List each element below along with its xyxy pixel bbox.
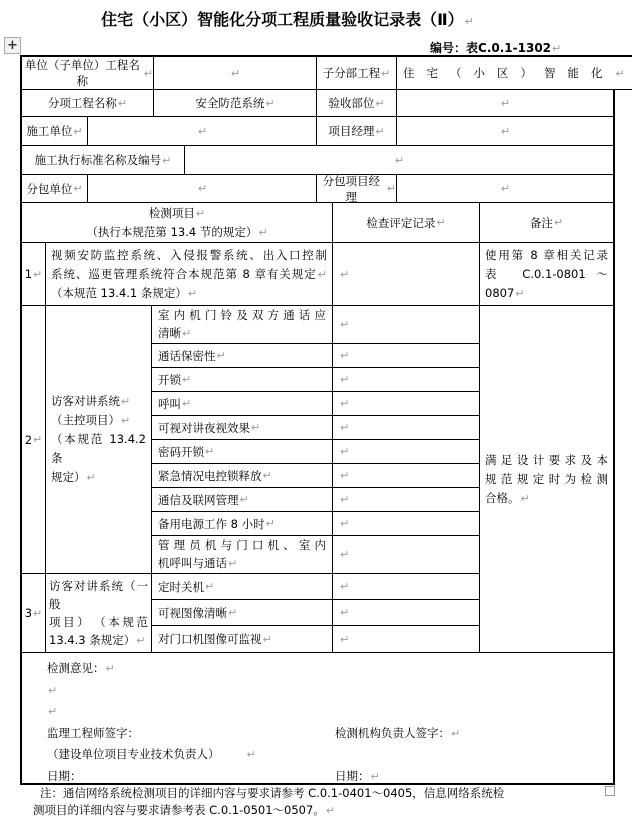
record-cell[interactable]: ↵ (333, 600, 480, 626)
subitem-text: 通信及联网管理 (158, 492, 239, 508)
table-move-handle[interactable]: + (4, 37, 21, 54)
merged-remark-line3: 合格。↵ (485, 489, 608, 508)
pilcrow-mark: ↵ (247, 748, 256, 761)
subitem-text: 清晰↵ (158, 324, 326, 343)
pilcrow-mark: ↵ (387, 182, 396, 195)
subitem-text: 可视对讲夜视效果 (158, 420, 250, 436)
pilcrow-mark: ↵ (465, 15, 474, 28)
cell-project-manager-value[interactable]: ↵ (397, 117, 613, 146)
item1-text-line1: 视频安防监控系统、入侵报警系统、出入口控制 (51, 246, 327, 265)
item3-number: 3 (25, 606, 32, 620)
page-title-text: 住宅（小区）智能化分项工程质量验收记录表（Ⅱ） (101, 10, 464, 29)
header-remark-label: 备注 (530, 215, 553, 231)
branch-project-value: 安全防范系统 (195, 95, 264, 111)
unit-project-label: 单位（子单位）工程名称 (22, 57, 143, 89)
cell-sub-division-value: 住宅（小区）智能化↵ (397, 55, 632, 90)
cell-subcontract-unit-value[interactable]: ↵ (88, 175, 317, 203)
item2-label-line1: 访客对讲系统↵ (51, 392, 146, 411)
cell-inspection-opinion[interactable]: 检测意见：↵ ↵ ↵ 监理工程师签字：检测机构负责人签字：↵ （建设单位项目专业… (22, 653, 613, 783)
cell-subcontract-unit-label: 分包单位↵ (22, 175, 88, 203)
subitem-cell: 管理员机与门口机、室内 机呼叫与通话↵ (152, 536, 333, 574)
pilcrow-mark: ↵ (340, 580, 349, 593)
pilcrow-mark: ↵ (340, 421, 349, 434)
branch-project-label: 分项工程名称 (48, 95, 117, 111)
cell-branch-project-label: 分项工程名称↵ (22, 90, 154, 117)
doc-number-label: 编号： (430, 41, 466, 55)
pilcrow-mark: ↵ (616, 67, 625, 80)
header-items-line1: 检测项目↵ (149, 204, 205, 223)
record-cell[interactable]: ↵ (333, 440, 480, 464)
pilcrow-mark: ↵ (552, 42, 561, 55)
cell-item3-number: 3↵ (22, 574, 46, 653)
subitem-cell: 紧急情况电控锁释放↵ (152, 464, 333, 488)
record-cell[interactable]: ↵ (333, 306, 480, 344)
record-cell[interactable]: ↵ (333, 392, 480, 416)
item3-label-line3: 13.4.3 条规定）↵ (49, 631, 148, 650)
pilcrow-mark: ↵ (340, 606, 349, 619)
cell-acceptance-part-label: 验收部位↵ (317, 90, 397, 117)
item1-number: 1 (25, 267, 32, 281)
empty-line: ↵ (47, 701, 613, 723)
pilcrow-mark: ↵ (33, 268, 42, 281)
pilcrow-mark: ↵ (340, 445, 349, 458)
cell-sub-division-label: 子分部工程↵ (317, 57, 397, 90)
doc-number: 编号：表C.0.1-1302↵ (430, 39, 561, 56)
pilcrow-mark: ↵ (228, 606, 237, 619)
subcontract-unit-label: 分包单位 (26, 181, 72, 197)
pilcrow-mark: ↵ (87, 471, 96, 484)
subitem-cell: 通信及联网管理↵ (152, 488, 333, 512)
subcontract-pm-label: 分包项目经理 (317, 173, 386, 205)
record-cell[interactable]: ↵ (333, 368, 480, 392)
builder-note-line: （建设单位项目专业技术负责人）↵ (47, 744, 613, 766)
subitem-text: 通话保密性 (158, 348, 216, 364)
item1-remark-line3: 0807↵ (485, 284, 608, 303)
footnote: 注：通信网络系统检测项目的详细内容与要求请参考 C.0.1-0401～0405，… (33, 785, 611, 819)
construction-unit-label: 施工单位 (26, 123, 72, 139)
pilcrow-mark: ↵ (340, 548, 349, 561)
subitem-cell: 可视图像清晰↵ (152, 600, 333, 626)
pilcrow-mark: ↵ (515, 287, 524, 300)
record-cell[interactable]: ↵ (333, 574, 480, 600)
pilcrow-mark: ↵ (251, 421, 260, 434)
cell-unit-project-value[interactable]: ↵ (154, 57, 317, 90)
pilcrow-mark: ↵ (106, 662, 115, 675)
cell-subcontract-pm-label: 分包项目经理↵ (317, 175, 397, 203)
cell-construction-unit-value[interactable]: ↵ (88, 117, 317, 146)
pilcrow-mark: ↵ (136, 634, 145, 647)
builder-note: （建设单位项目专业技术负责人） (47, 747, 220, 761)
pilcrow-mark: ↵ (33, 433, 42, 446)
footnote-line1: 注：通信网络系统检测项目的详细内容与要求请参考 C.0.1-0401～0405，… (33, 785, 611, 802)
cell-construction-unit-label: 施工单位↵ (22, 117, 88, 146)
pilcrow-mark: ↵ (263, 469, 272, 482)
pilcrow-mark: ↵ (381, 67, 390, 80)
cell-standard-label: 施工执行标准名称及编号↵ (22, 146, 185, 175)
subitem-cell: 密码开锁↵ (152, 440, 333, 464)
merged-remark-line1: 满足设计要求及本 (485, 451, 608, 470)
merged-remark-line2: 规范规定时为检测 (485, 470, 608, 489)
cell-standard-value[interactable]: ↵ (185, 146, 613, 175)
pilcrow-mark: ↵ (340, 493, 349, 506)
pilcrow-mark: ↵ (340, 318, 349, 331)
record-cell[interactable]: ↵ (333, 536, 480, 574)
cell-item1-text: 视频安防监控系统、入侵报警系统、出入口控制 系统、巡更管理系统符合本规范第 8 … (46, 243, 333, 306)
header-record-label: 检查评定记录 (366, 215, 435, 231)
record-cell[interactable]: ↵ (333, 416, 480, 440)
pilcrow-mark: ↵ (318, 268, 327, 281)
empty-line: ↵ (47, 680, 613, 702)
signature-line: 监理工程师签字：检测机构负责人签字：↵ (47, 723, 613, 745)
pilcrow-mark: ↵ (340, 349, 349, 362)
subitem-text: 对门口机图像可监视 (158, 631, 262, 647)
subitem-cell: 对门口机图像可监视↵ (152, 626, 333, 653)
pilcrow-mark: ↵ (196, 207, 205, 220)
pilcrow-mark: ↵ (198, 182, 207, 195)
subitem-text: 呼叫 (158, 396, 181, 412)
pilcrow-mark: ↵ (501, 125, 510, 138)
pilcrow-mark: ↵ (371, 770, 380, 783)
record-cell[interactable]: ↵ (333, 626, 480, 653)
item1-remark-line2: 表 C.0.1-0801 ～ (485, 265, 608, 284)
move-icon: + (7, 39, 18, 52)
cell-header-remark: 备注↵ (480, 203, 613, 243)
subitem-text: 定时关机 (158, 579, 204, 595)
pilcrow-mark: ↵ (340, 469, 349, 482)
supervisor-sign-label: 监理工程师签字： (47, 723, 335, 745)
pilcrow-mark: ↵ (375, 97, 384, 110)
item2-label-line3: （本规范 13.4.2 条 (51, 430, 146, 468)
opinion-line: 检测意见：↵ (47, 658, 613, 680)
pilcrow-mark: ↵ (265, 97, 274, 110)
pilcrow-mark: ↵ (73, 182, 82, 195)
cell-header-items: 检测项目↵ （执行本规范第 13.4 节的规定）↵ (22, 203, 333, 243)
pilcrow-mark: ↵ (228, 557, 237, 570)
record-cell[interactable]: ↵ (333, 464, 480, 488)
cell-branch-project-value: 安全防范系统↵ (154, 90, 317, 117)
pilcrow-mark: ↵ (258, 226, 267, 239)
item2-label-line4: 规定）↵ (51, 468, 146, 487)
pilcrow-mark: ↵ (118, 97, 127, 110)
item1-remark-line1: 使用第 8 章相关记录 (485, 246, 608, 265)
pilcrow-mark: ↵ (436, 216, 445, 229)
pilcrow-mark: ↵ (451, 727, 460, 740)
item3-label-line1: 访客对讲系统（一般 (49, 577, 148, 613)
item2-number: 2 (25, 433, 32, 447)
subitem-text: 开锁 (158, 372, 181, 388)
cell-item3-label: 访客对讲系统（一般 项目） （本规范 13.4.3 条规定）↵ (46, 574, 152, 653)
item1-text-line2: 系统、巡更管理系统符合本规范第 8 章有关规定↵ (51, 265, 327, 284)
pilcrow-mark: ↵ (501, 97, 510, 110)
pilcrow-mark: ↵ (162, 154, 171, 167)
item2-label-line2: （主控项目）↵ (51, 411, 146, 430)
pilcrow-mark: ↵ (188, 287, 197, 300)
pilcrow-mark: ↵ (144, 67, 153, 80)
pilcrow-mark: ↵ (48, 705, 57, 718)
record-cell[interactable]: ↵ (333, 344, 480, 368)
pilcrow-mark: ↵ (340, 397, 349, 410)
cell-header-record: 检查评定记录↵ (333, 203, 480, 243)
pilcrow-mark: ↵ (554, 216, 563, 229)
document-page: 住宅（小区）智能化分项工程质量验收记录表（Ⅱ）↵ 编号：表C.0.1-1302↵… (0, 0, 632, 825)
date-label-right: 日期： (335, 769, 370, 783)
pilcrow-mark: ↵ (340, 517, 349, 530)
pilcrow-mark: ↵ (121, 395, 130, 408)
subitem-cell: 可视对讲夜视效果↵ (152, 416, 333, 440)
acceptance-record-table: 单位（子单位）工程名称↵ ↵ 子分部工程↵ 住宅（小区）智能化↵ 分项工程名称↵… (20, 55, 615, 785)
record-cell[interactable]: ↵ (333, 512, 480, 536)
cell-item2-label: 访客对讲系统↵ （主控项目）↵ （本规范 13.4.2 条 规定）↵ (46, 306, 152, 574)
project-manager-label: 项目经理 (328, 123, 374, 139)
subitem-text: 可视图像清晰 (158, 605, 227, 621)
cell-item1-number: 1↵ (22, 243, 46, 306)
subitem-cell: 开锁↵ (152, 368, 333, 392)
pilcrow-mark: ↵ (48, 684, 57, 697)
header-items-line2: （执行本规范第 13.4 节的规定）↵ (86, 223, 267, 242)
subitem-text: 室内机门铃及双方通话应 (158, 306, 326, 324)
pilcrow-mark: ↵ (33, 607, 42, 620)
item1-text-line3: （本规范 13.4.1 条规定）↵ (51, 284, 327, 303)
pilcrow-mark: ↵ (73, 125, 82, 138)
pilcrow-mark: ↵ (375, 125, 384, 138)
standard-label: 施工执行标准名称及编号 (35, 152, 162, 168)
pilcrow-mark: ↵ (263, 633, 272, 646)
pilcrow-mark: ↵ (340, 268, 349, 281)
subitem-cell: 室内机门铃及双方通话应 清晰↵ (152, 306, 333, 344)
subitem-cell: 定时关机↵ (152, 574, 333, 600)
subitem-cell: 备用电源工作 8 小时↵ (152, 512, 333, 536)
pilcrow-mark: ↵ (217, 349, 226, 362)
pilcrow-mark: ↵ (182, 373, 191, 386)
cell-project-manager-label: 项目经理↵ (317, 117, 397, 146)
pilcrow-mark: ↵ (182, 397, 191, 410)
cell-acceptance-part-value[interactable]: ↵ (397, 90, 613, 117)
cell-item1-remark: 使用第 8 章相关记录 表 C.0.1-0801 ～ 0807↵ (480, 243, 613, 306)
pilcrow-mark: ↵ (395, 154, 404, 167)
record-cell[interactable]: ↵ (333, 488, 480, 512)
pilcrow-mark: ↵ (240, 493, 249, 506)
subitem-text: 紧急情况电控锁释放 (158, 468, 262, 484)
cell-merged-remark: 满足设计要求及本 规范规定时为检测 合格。↵ (480, 306, 613, 653)
subitem-text: 管理员机与门口机、室内 (158, 536, 326, 554)
item3-label-line2: 项目） （本规范 (49, 613, 148, 631)
pilcrow-mark: ↵ (266, 517, 275, 530)
cell-item2-number: 2↵ (22, 306, 46, 574)
sub-division-label: 子分部工程 (323, 65, 381, 81)
agency-sign-label: 检测机构负责人签字： (335, 726, 450, 740)
cell-unit-project-label: 单位（子单位）工程名称↵ (22, 57, 154, 90)
pilcrow-mark: ↵ (231, 67, 240, 80)
pilcrow-mark: ↵ (501, 182, 510, 195)
subitem-text: 密码开锁 (158, 444, 204, 460)
subitem-cell: 呼叫↵ (152, 392, 333, 416)
page-title: 住宅（小区）智能化分项工程质量验收记录表（Ⅱ）↵ (0, 7, 575, 30)
subitem-text: 备用电源工作 8 小时 (158, 516, 265, 532)
acceptance-part-label: 验收部位 (328, 95, 374, 111)
pilcrow-mark: ↵ (340, 373, 349, 386)
pilcrow-mark: ↵ (205, 445, 214, 458)
pilcrow-mark: ↵ (182, 327, 191, 340)
sub-division-value: 住宅（小区）智能化 (403, 65, 615, 81)
pilcrow-mark: ↵ (121, 414, 130, 427)
pilcrow-mark: ↵ (340, 633, 349, 646)
pilcrow-mark: ↵ (198, 125, 207, 138)
subitem-text: 机呼叫与通话↵ (158, 554, 326, 573)
doc-number-value: 表C.0.1-1302 (466, 41, 551, 55)
pilcrow-mark: ↵ (205, 580, 214, 593)
pilcrow-mark: ↵ (521, 492, 530, 505)
cell-subcontract-pm-value[interactable]: ↵ (397, 175, 613, 203)
footnote-line2: 测项目的详细内容与要求请参考表 C.0.1-0501～0507。↵ (33, 802, 611, 819)
pilcrow-mark: ↵ (326, 804, 335, 817)
cell-item1-record[interactable]: ↵ (333, 243, 480, 306)
subitem-cell: 通话保密性↵ (152, 344, 333, 368)
